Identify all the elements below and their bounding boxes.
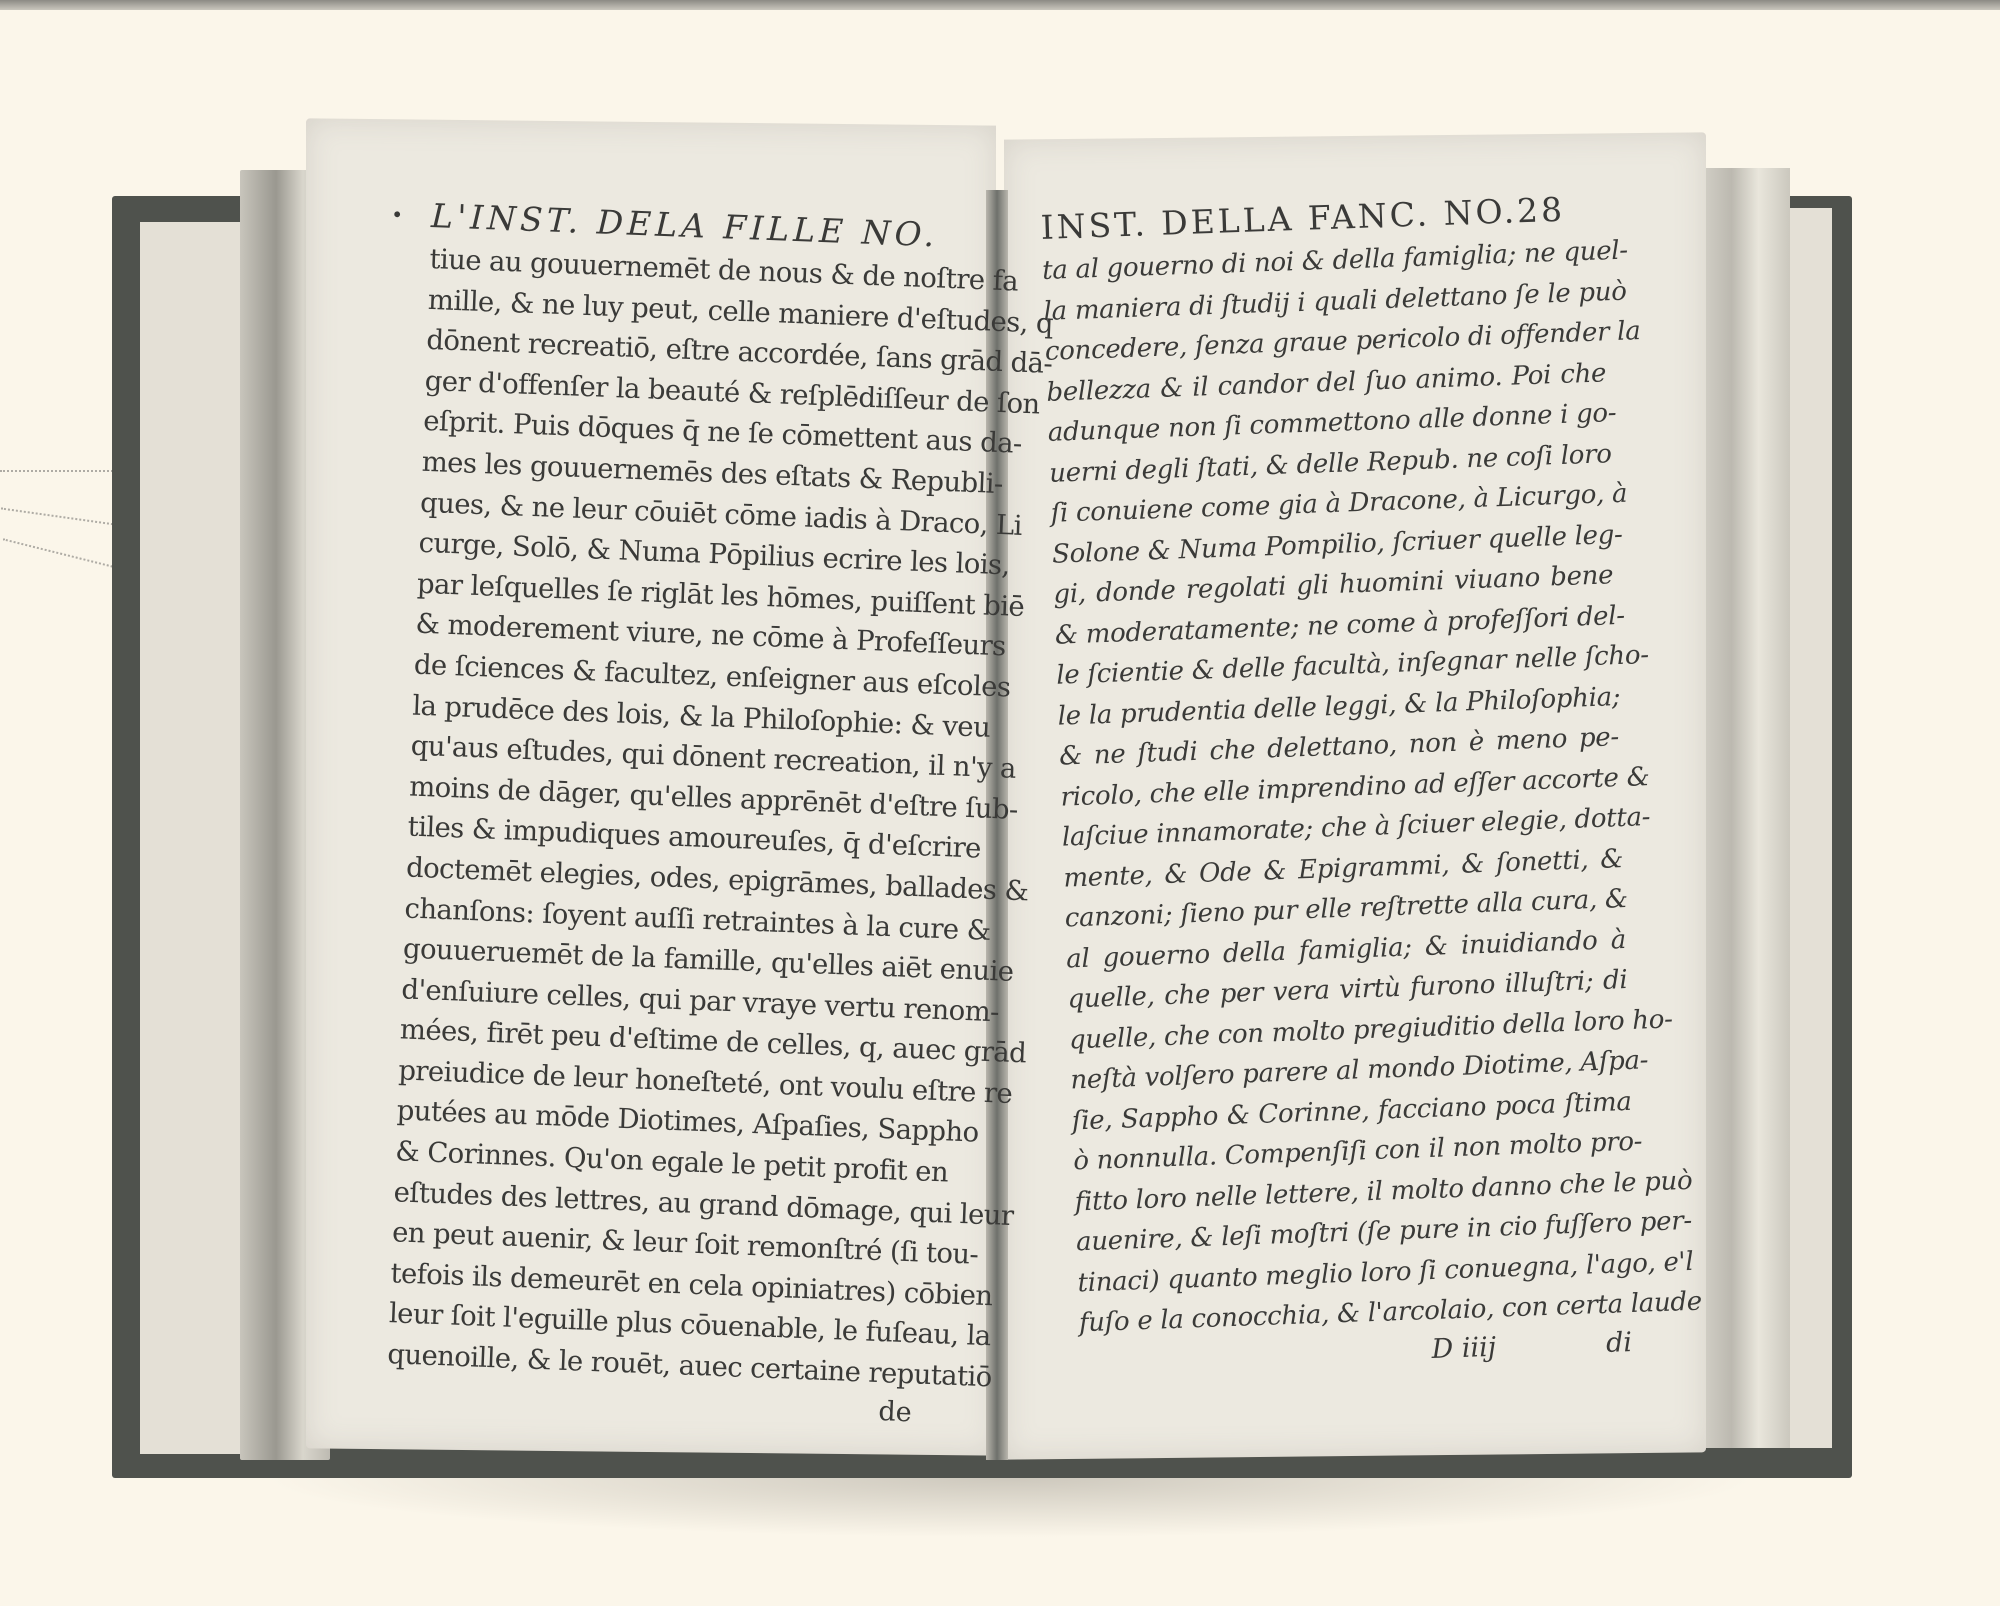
- right-catchword: di: [1605, 1325, 1632, 1362]
- right-page-lines: ta al gouerno di noi & della famiglia; n…: [1042, 231, 1640, 1343]
- right-page-text: INST. DELLA FANC. NO. 28 ta al gouerno d…: [1040, 188, 1641, 1379]
- photo-top-edge: [0, 0, 2000, 10]
- left-page-lines: tiue au gouuernemēt de nous & de noſtre …: [387, 239, 962, 1395]
- ink-dot: •: [391, 202, 404, 226]
- signature-mark: D iiij: [1431, 1329, 1497, 1367]
- book-shadow: [260, 1478, 1760, 1538]
- page-stack-right: [1700, 168, 1790, 1448]
- left-page-text: • L'INST. DELA FILLE NO. tiue au gouuern…: [385, 196, 963, 1431]
- page-number: 28: [1516, 190, 1565, 231]
